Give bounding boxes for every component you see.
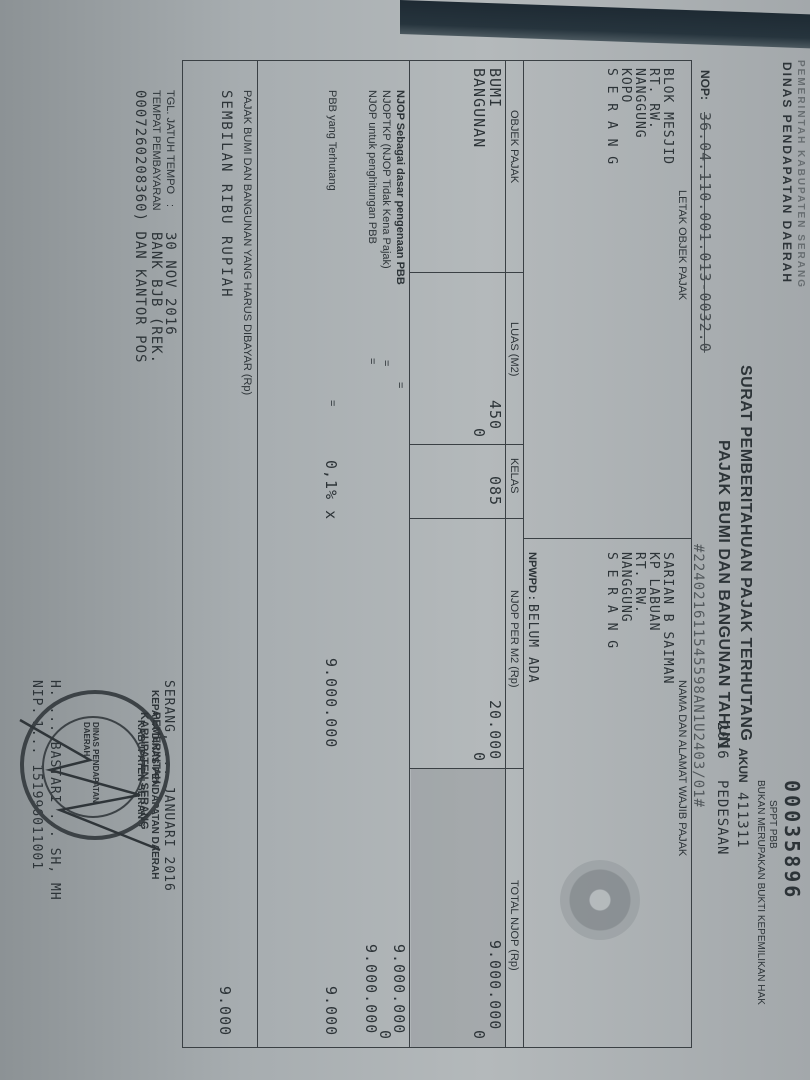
sppt-pbb-document: PEMERINTAH KABUPATEN SERANG DINAS PENDAP… [0,0,810,1080]
nop-value: 36.04.110.001.013-0032.0 [696,112,714,353]
th-total-njop: TOTAL NJOP (Rp) [508,880,520,971]
th-objek: OBJEK PAJAK [508,110,520,183]
npwpd-value: BELUM ADA [525,604,540,683]
agency-name: DINAS PENDAPATAN DAERAH [780,62,794,284]
taxpayer-line: RT. RW. [632,552,646,684]
due-date-sep: : [164,204,176,207]
location-line: NANGGUNG [632,68,646,165]
col-divider [410,272,524,273]
col-divider [410,444,524,445]
pbb-value: 9.000 [322,986,340,1036]
cell-njop-per-m2: 0 [470,752,488,762]
cell-njop-per-m2: 20.000 [486,700,504,760]
nop-label: NOP: [698,70,712,100]
npwpd-label: NPWPD : [526,552,538,600]
cell-luas: 0 [470,428,488,438]
serial-number: 00035896 [780,780,804,900]
payable-label: PAJAK BUMI DAN BANGUNAN YANG HARUS DIBAY… [241,90,253,395]
table-header-line [505,60,506,1048]
taxpayer-name: SARIAN B SAIMAN [660,552,674,684]
cell-objek: BANGUNAN [470,68,488,148]
location-line: S E R A N G [604,68,618,165]
col-divider [410,518,524,519]
table-top-line [523,60,524,1048]
taxpayer-line: S E R A N G [604,552,618,684]
location-line: RT. RW. [646,68,660,165]
payment-place-value: BANK BJB (REK. [148,232,164,364]
title-line-1: SURAT PEMBERITAHUAN PAJAK TERHUTANG [736,365,754,741]
taxpayer-line: NANGGUNG [618,552,632,684]
equals-sign: = [380,360,392,366]
th-kelas: KELAS [508,458,520,493]
section-divider [524,538,692,539]
njop-calc-label: NJOP untuk penghitungan PBB [366,90,378,244]
due-date-value: 30 NOV 2016 [162,232,178,336]
doc-type: SPPT PBB [767,800,778,849]
taxpayer-heading: NAMA DAN ALAMAT WAJIB PAJAK [676,680,688,856]
njop-calc-value: 9.000.000 [362,944,380,1034]
object-location-address: BLOK MESJID RT. RW. NANGGUNG KOPO S E R … [604,68,674,165]
ownership-disclaimer: BUKAN MERUPAKAN BUKTI KEPEMILIKAN HAK [755,780,766,1005]
akun-value: 411311 [734,792,750,849]
location-line: BLOK MESJID [660,68,674,165]
tax-year: 2016 [714,722,730,760]
location-line: KOPO [618,68,632,165]
equals-sign: = [326,400,338,406]
payment-place-label: TEMPAT PEMBAYARAN [150,90,162,211]
taxpayer-address: SARIAN B SAIMAN KP LABUAN RT. RW. NANGGU… [604,552,674,684]
payable-top-line [257,60,258,1048]
barcode-text: #224021611545598AN1U2403/01# [690,544,706,808]
table-bottom-line [409,60,410,1048]
th-njop-per-m2: NJOP PER M2 (Rp) [508,590,520,688]
akun-label: AKUN [736,748,750,783]
pbb-base: 9.000.000 [322,658,340,748]
th-luas: LUAS (M2) [508,322,520,376]
payment-place-value-2: 0007260208360) DAN KANTOR POS [132,90,148,363]
pbb-label: PBB yang Terhutang [326,90,338,191]
cell-total-njop: 0 [470,1030,488,1040]
cell-luas: 450 [486,400,504,430]
due-date-label: TGL. JATUH TEMPO [164,90,176,194]
signature-scribble [10,700,170,860]
payment-place-sep: : [150,204,162,207]
object-location-heading: LETAK OBJEK PAJAK [676,190,688,300]
area-type: PEDESAAN [714,780,730,855]
cell-objek: BUMI [486,68,504,108]
agency-top-line: PEMERINTAH KABUPATEN SERANG [795,60,806,289]
payable-in-words: SEMBILAN RIBU RUPIAH [218,90,234,299]
njoptkp-label: NJOPTKP (NJOP Tidak Kena Pajak) [380,90,392,269]
equals-sign: = [394,382,406,388]
njop-base-label: NJOP Sebagai dasar pengenaan PBB [394,90,406,285]
security-rosette [560,860,640,940]
equals-sign: = [366,358,378,364]
pbb-rate: 0,1% x [322,460,340,520]
cell-kelas: 085 [486,476,504,506]
payable-value: 9.000 [216,986,234,1036]
njop-base-value: 9.000.000 [390,944,408,1034]
taxpayer-line: KP LABUAN [646,552,660,684]
title-line-2: PAJAK BUMI DAN BANGUNAN TAHUN [714,440,732,749]
cell-total-njop: 9.000.000 [486,940,504,1030]
